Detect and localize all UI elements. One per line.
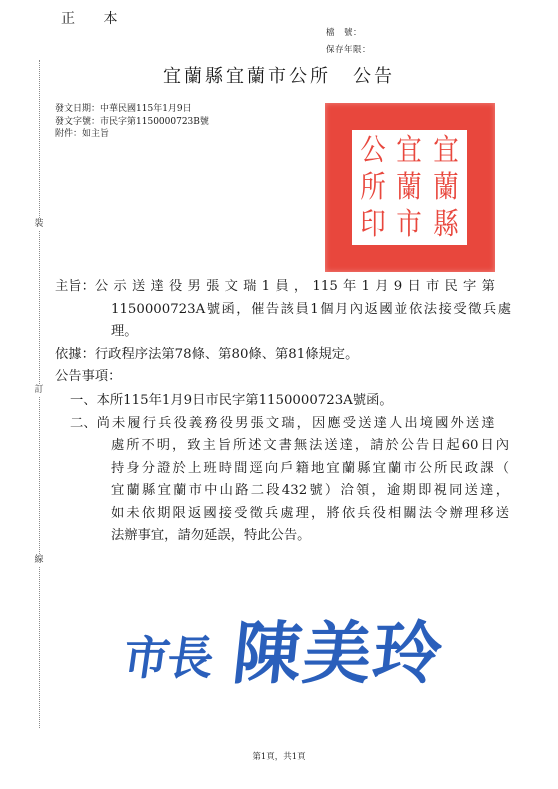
item-number: 一、 bbox=[70, 393, 97, 408]
agency-name: 宜蘭縣宜蘭市公所 bbox=[163, 66, 331, 87]
basis-label: 依據： bbox=[55, 347, 95, 362]
issue-date-row: 發文日期：中華民國115年1月9日 bbox=[55, 103, 209, 116]
item-text: 本所115年1月9日市民字第1150000723A號函。 bbox=[97, 393, 393, 408]
seal-char: 宜 bbox=[433, 134, 459, 168]
binding-char-xian: 線 bbox=[32, 554, 46, 566]
item-2-line-3: 持身分證於上班時間逕向戶籍地宜蘭縣宜蘭市公所民政課（ bbox=[111, 458, 509, 481]
seal-column-1: 宜 蘭 縣 bbox=[433, 132, 459, 243]
seal-char: 宜 bbox=[397, 134, 423, 168]
seal-char: 印 bbox=[360, 208, 386, 242]
mayor-signature-stamp: 市長 陳美玲 bbox=[122, 598, 452, 693]
binding-char-zhuang: 裝 bbox=[32, 218, 46, 230]
document-title: 宜蘭縣宜蘭市公所公告 bbox=[0, 62, 558, 88]
seal-char: 蘭 bbox=[433, 171, 459, 205]
item-text: 宜蘭縣宜蘭市中山路二段432號）洽領，逾期即視同送達， bbox=[111, 480, 509, 503]
issue-date-label: 發文日期： bbox=[55, 104, 100, 114]
seal-column-2: 宜 蘭 市 bbox=[397, 132, 423, 243]
item-1: 一、本所115年1月9日市民字第1150000723A號函。 bbox=[70, 390, 393, 413]
seal-char: 蘭 bbox=[397, 171, 423, 205]
issue-date-value: 中華民國115年1月9日 bbox=[100, 104, 192, 114]
subject-label: 主旨： bbox=[55, 276, 95, 299]
subject-line-3: 理。 bbox=[111, 321, 138, 344]
item-2-line-5: 如未依期限返國接受徵兵處理，將依兵役相關法令辦理移送 bbox=[111, 503, 509, 526]
item-text: 處所不明，致主旨所述文書無法送達，請於公告日起60日內 bbox=[111, 435, 509, 458]
item-text: 尚未履行兵役義務役男張文瑞，因應受送達人出境國外送達 bbox=[97, 413, 495, 436]
item-2-line-6: 法辦事宜，請勿延誤，特此公告。 bbox=[111, 525, 310, 548]
signature-title: 市長 bbox=[119, 622, 216, 688]
seal-char: 公 bbox=[360, 134, 386, 168]
item-text: 如未依期限返國接受徵兵處理，將依兵役相關法令辦理移送 bbox=[111, 503, 509, 526]
retention-period-label: 保存年限： bbox=[326, 43, 371, 55]
issue-number-value: 市民字第1150000723B號 bbox=[100, 117, 209, 127]
item-2-line-1: 二、尚未履行兵役義務役男張文瑞，因應受送達人出境國外送達 bbox=[70, 413, 495, 436]
binding-char-ding: 訂 bbox=[32, 384, 46, 396]
basis-line: 依據：行政程序法第78條、第80條、第81條規定。 bbox=[55, 344, 358, 367]
attachment-row: 附件：如主旨 bbox=[55, 128, 209, 141]
signature-name: 陳美玲 bbox=[229, 600, 449, 697]
item-2-line-2: 處所不明，致主旨所述文書無法送達，請於公告日起60日內 bbox=[111, 435, 509, 458]
item-text: 持身分證於上班時間逕向戶籍地宜蘭縣宜蘭市公所民政課（ bbox=[111, 458, 509, 481]
seal-char: 市 bbox=[397, 208, 423, 242]
basis-text: 行政程序法第78條、第80條、第81條規定。 bbox=[95, 347, 359, 362]
seal-char: 所 bbox=[360, 171, 386, 205]
seal-column-3: 公 所 印 bbox=[360, 132, 386, 243]
item-number: 二、 bbox=[70, 416, 97, 431]
page-number: 第1頁，共1頁 bbox=[0, 750, 558, 762]
official-seal: 宜 蘭 縣 宜 蘭 市 公 所 印 bbox=[325, 103, 495, 272]
subject-line-1: 主旨：公示送達役男張文瑞1員，115年1月9日市民字第 bbox=[55, 276, 495, 299]
subject-text: 1150000723A號函，催告該員1個月內返國並依法接受徵兵處 bbox=[111, 299, 511, 322]
item-2-line-4: 宜蘭縣宜蘭市中山路二段432號）洽領，逾期即視同送達， bbox=[111, 480, 509, 503]
attachment-label: 附件： bbox=[55, 129, 82, 139]
copy-label: 正 本 bbox=[61, 8, 129, 28]
subject-line-2: 1150000723A號函，催告該員1個月內返國並依法接受徵兵處 bbox=[111, 299, 511, 322]
items-heading: 公告事項： bbox=[55, 366, 121, 389]
subject-text: 公示送達役男張文瑞1員，115年1月9日市民字第 bbox=[95, 276, 495, 299]
issue-number-label: 發文字號： bbox=[55, 117, 100, 127]
issue-info: 發文日期：中華民國115年1月9日 發文字號：市民字第1150000723B號 … bbox=[55, 103, 209, 141]
seal-inner-field: 宜 蘭 縣 宜 蘭 市 公 所 印 bbox=[352, 130, 467, 245]
archive-number-label: 檔 號： bbox=[326, 26, 362, 38]
document-type: 公告 bbox=[353, 66, 395, 87]
attachment-value: 如主旨 bbox=[82, 129, 109, 139]
seal-char: 縣 bbox=[433, 208, 459, 242]
issue-number-row: 發文字號：市民字第1150000723B號 bbox=[55, 116, 209, 129]
